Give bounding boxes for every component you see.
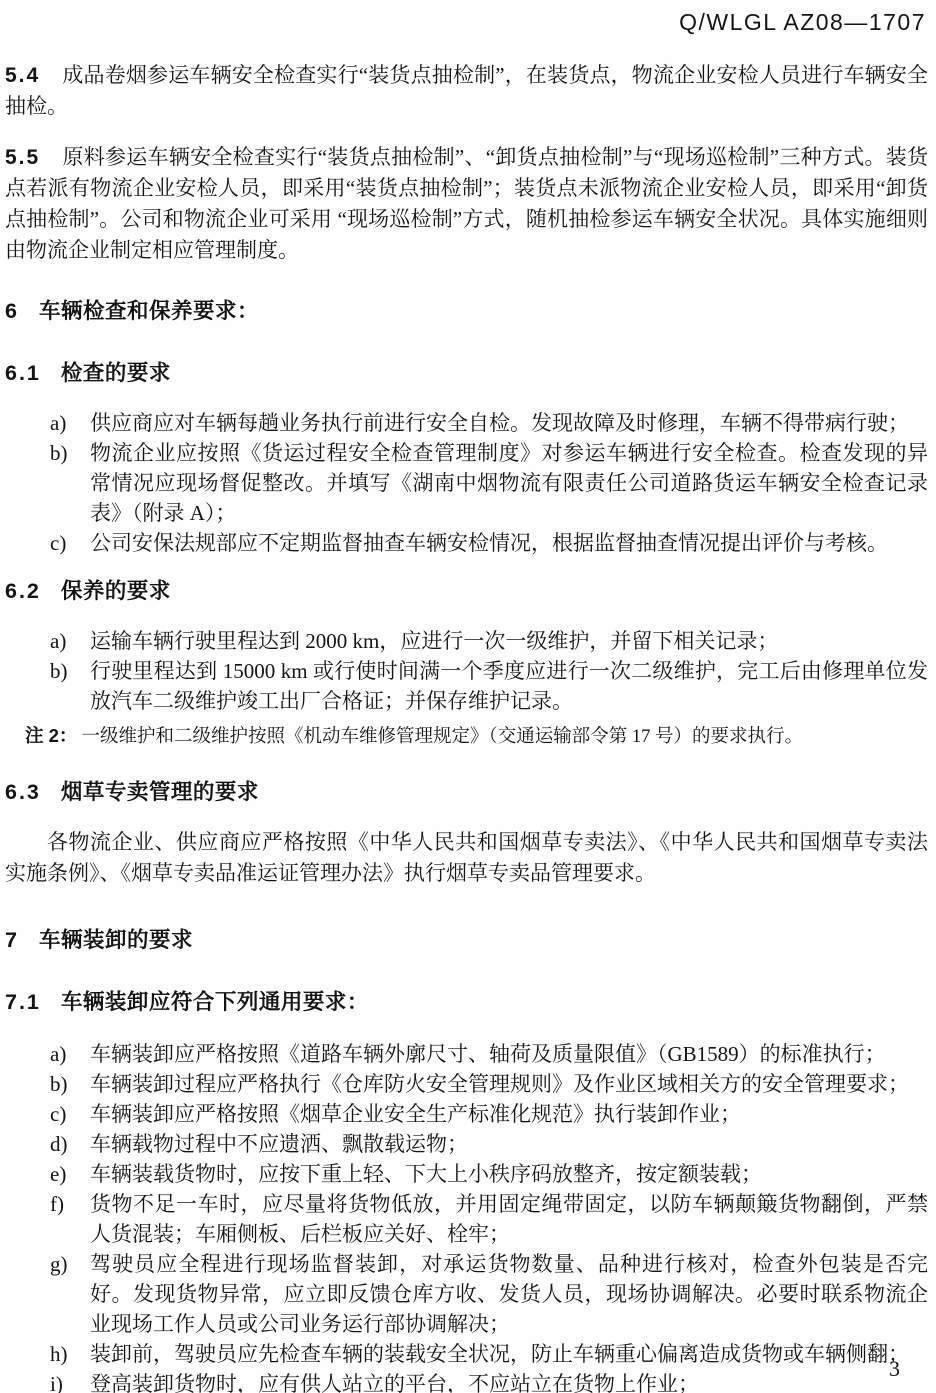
list-item-text: 物流企业应按照《货运过程安全检查管理制度》对参运车辆进行安全检查。检查发现的异常… (90, 438, 928, 528)
list-item-text: 车辆载物过程中不应遗洒、飘散载运物； (90, 1129, 928, 1159)
section-7-1-number: 7.1 (5, 990, 41, 1014)
list-item-text: 车辆装卸应严格按照《道路车辆外廓尺寸、轴荷及质量限值》（GB1589）的标准执行… (90, 1039, 928, 1069)
list-item: a)运输车辆行驶里程达到 2000 km，应进行一次一级维护，并留下相关记录； (50, 626, 928, 656)
list-item: a)供应商应对车辆每趟业务执行前进行安全自检。发现故障及时修理，车辆不得带病行驶… (50, 408, 928, 438)
list-item-label: d) (50, 1129, 90, 1159)
clause-5-5-text: 原料参运车辆安全检查实行“装货点抽检制”、“卸货点抽检制”与“现场巡检制”三种方… (5, 145, 928, 262)
doc-code: Q/WLGL AZ08—1707 (679, 9, 926, 35)
note-2: 注 2：一级维护和二级维护按照《机动车维修管理规定》（交通运输部令第 17 号）… (5, 722, 928, 751)
list-item-label: a) (50, 626, 90, 656)
section-6-2-title: 保养的要求 (61, 579, 171, 603)
list-item: i)登高装卸货物时，应有供人站立的平台，不应站立在货物上作业； (50, 1369, 928, 1393)
list-item-text: 登高装卸货物时，应有供人站立的平台，不应站立在货物上作业； (90, 1369, 928, 1393)
list-item-label: g) (50, 1249, 90, 1339)
section-6-1-list: a)供应商应对车辆每趟业务执行前进行安全自检。发现故障及时修理，车辆不得带病行驶… (5, 408, 928, 558)
list-item-text: 车辆装卸应严格按照《烟草企业安全生产标准化规范》执行装卸作业； (90, 1099, 928, 1129)
list-item-text: 供应商应对车辆每趟业务执行前进行安全自检。发现故障及时修理，车辆不得带病行驶； (90, 408, 928, 438)
section-6-2-list: a)运输车辆行驶里程达到 2000 km，应进行一次一级维护，并留下相关记录； … (5, 626, 928, 716)
section-6-1-heading: 6.1检查的要求 (5, 358, 928, 388)
list-item-label: b) (50, 438, 90, 528)
section-7-number: 7 (5, 928, 19, 952)
list-item-text: 货物不足一车时，应尽量将货物低放，并用固定绳带固定，以防车辆颠簸货物翻倒，严禁人… (90, 1189, 928, 1249)
section-6-2-heading: 6.2保养的要求 (5, 576, 928, 606)
list-item-text: 驾驶员应全程进行现场监督装卸，对承运货物数量、品种进行核对，检查外包装是否完好。… (90, 1249, 928, 1339)
clause-5-4-number: 5.4 (5, 64, 40, 87)
list-item-label: a) (50, 408, 90, 438)
note-2-label: 注 2： (25, 725, 77, 746)
list-item-text: 行驶里程达到 15000 km 或行使时间满一个季度应进行一次二级维护，完工后由… (90, 656, 928, 716)
list-item: b)物流企业应按照《货运过程安全检查管理制度》对参运车辆进行安全检查。检查发现的… (50, 438, 928, 528)
section-6-title: 车辆检查和保养要求： (39, 299, 259, 323)
document-page: Q/WLGL AZ08—1707 5.4成品卷烟参运车辆安全检查实行“装货点抽检… (0, 0, 936, 1393)
list-item-text: 装卸前，驾驶员应先检查车辆的装载安全状况，防止车辆重心偏离造成货物或车辆侧翻； (90, 1339, 928, 1369)
list-item-label: e) (50, 1159, 90, 1189)
list-item-label: f) (50, 1189, 90, 1249)
section-7-1-title: 车辆装卸应符合下列通用要求： (61, 990, 369, 1014)
list-item-label: i) (50, 1369, 90, 1393)
clause-5-4-text: 成品卷烟参运车辆安全检查实行“装货点抽检制”，在装货点，物流企业安检人员进行车辆… (5, 63, 928, 118)
list-item: c)车辆装卸应严格按照《烟草企业安全生产标准化规范》执行装卸作业； (50, 1099, 928, 1129)
clause-5-5: 5.5原料参运车辆安全检查实行“装货点抽检制”、“卸货点抽检制”与“现场巡检制”… (5, 142, 928, 266)
section-7-1-list: a)车辆装卸应严格按照《道路车辆外廓尺寸、轴荷及质量限值》（GB1589）的标准… (5, 1039, 928, 1393)
list-item-label: a) (50, 1039, 90, 1069)
list-item: f)货物不足一车时，应尽量将货物低放，并用固定绳带固定，以防车辆颠簸货物翻倒，严… (50, 1189, 928, 1249)
list-item-label: h) (50, 1339, 90, 1369)
list-item: h)装卸前，驾驶员应先检查车辆的装载安全状况，防止车辆重心偏离造成货物或车辆侧翻… (50, 1339, 928, 1369)
list-item-label: b) (50, 1069, 90, 1099)
clause-5-5-number: 5.5 (5, 146, 40, 169)
list-item-text: 公司安保法规部应不定期监督抽查车辆安检情况，根据监督抽查情况提出评价与考核。 (90, 528, 928, 558)
section-6-3-heading: 6.3烟草专卖管理的要求 (5, 777, 928, 807)
list-item-label: c) (50, 528, 90, 558)
list-item-text: 运输车辆行驶里程达到 2000 km，应进行一次一级维护，并留下相关记录； (90, 626, 928, 656)
page-number: 3 (889, 1357, 900, 1381)
section-6-3-number: 6.3 (5, 780, 41, 804)
note-2-text: 一级维护和二级维护按照《机动车维修管理规定》（交通运输部令第 17 号）的要求执… (81, 727, 803, 747)
section-6-heading: 6车辆检查和保养要求： (5, 296, 928, 326)
page-header: Q/WLGL AZ08—1707 (5, 6, 928, 38)
clause-5-4: 5.4成品卷烟参运车辆安全检查实行“装货点抽检制”，在装货点，物流企业安检人员进… (5, 60, 928, 122)
section-6-1-title: 检查的要求 (61, 361, 171, 385)
list-item: b)行驶里程达到 15000 km 或行使时间满一个季度应进行一次二级维护，完工… (50, 656, 928, 716)
section-7-1-heading: 7.1车辆装卸应符合下列通用要求： (5, 987, 928, 1017)
list-item: d)车辆载物过程中不应遗洒、飘散载运物； (50, 1129, 928, 1159)
section-6-number: 6 (5, 299, 19, 323)
section-6-1-number: 6.1 (5, 361, 41, 385)
list-item: g)驾驶员应全程进行现场监督装卸，对承运货物数量、品种进行核对，检查外包装是否完… (50, 1249, 928, 1339)
list-item-text: 车辆装载货物时，应按下重上轻、下大上小秩序码放整齐，按定额装载； (90, 1159, 928, 1189)
section-7-title: 车辆装卸的要求 (39, 928, 193, 952)
list-item-label: c) (50, 1099, 90, 1129)
list-item: a)车辆装卸应严格按照《道路车辆外廓尺寸、轴荷及质量限值》（GB1589）的标准… (50, 1039, 928, 1069)
section-6-3-paragraph: 各物流企业、供应商应严格按照《中华人民共和国烟草专卖法》、《中华人民共和国烟草专… (5, 827, 928, 889)
list-item-label: b) (50, 656, 90, 716)
list-item: c)公司安保法规部应不定期监督抽查车辆安检情况，根据监督抽查情况提出评价与考核。 (50, 528, 928, 558)
list-item: e)车辆装载货物时，应按下重上轻、下大上小秩序码放整齐，按定额装载； (50, 1159, 928, 1189)
list-item-text: 车辆装卸过程应严格执行《仓库防火安全管理规则》及作业区域相关方的安全管理要求； (90, 1069, 928, 1099)
section-6-3-title: 烟草专卖管理的要求 (61, 780, 259, 804)
list-item: b)车辆装卸过程应严格执行《仓库防火安全管理规则》及作业区域相关方的安全管理要求… (50, 1069, 928, 1099)
section-6-2-number: 6.2 (5, 579, 41, 603)
section-7-heading: 7车辆装卸的要求 (5, 925, 928, 955)
